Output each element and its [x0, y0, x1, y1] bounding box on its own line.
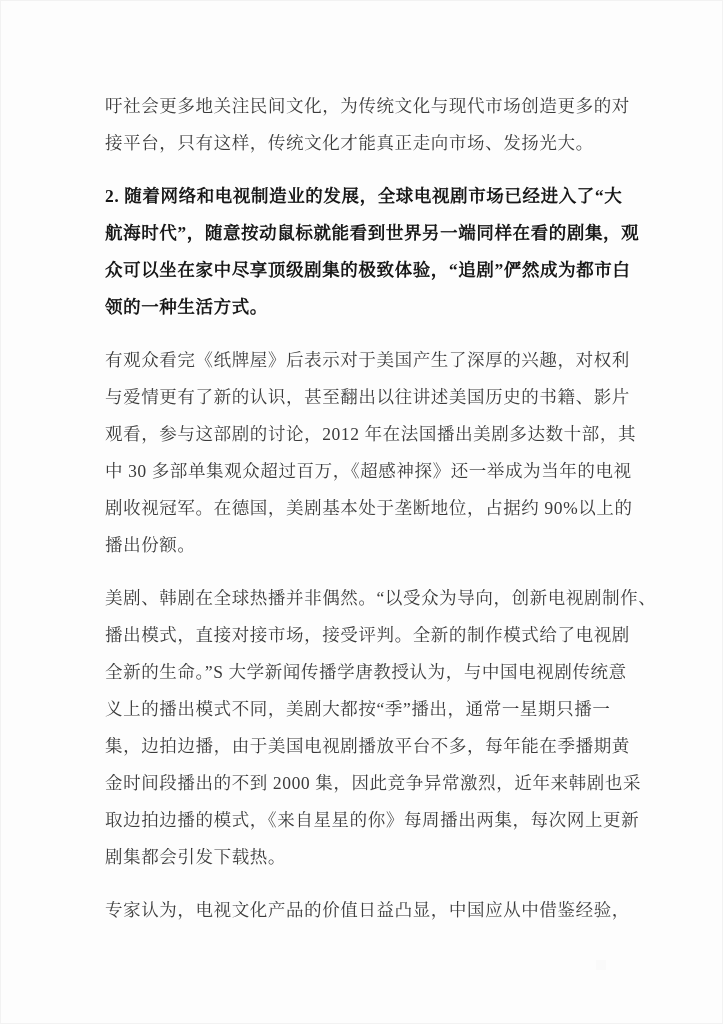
page: 吁社会更多地关注民间文化，为传统文化与现代市场创造更多的对接平台，只有这样，传统… — [0, 0, 723, 1024]
text-line: 全新的生命。”S 大学新闻传播学唐教授认为，与中国电视剧传统意 — [105, 654, 633, 691]
text-line: 取边拍边播的模式，《来自星星的你》每周播出两集，每次网上更新 — [105, 802, 633, 839]
text-line: 领的一种生活方式。 — [105, 289, 633, 326]
text-line: 义上的播出模式不同，美剧大都按“季”播出，通常一星期只播一 — [105, 691, 633, 728]
text-line: 观看，参与这部剧的讨论，2012 年在法国播出美剧多达数十部，其 — [105, 416, 633, 453]
text-line: 美剧、韩剧在全球热播并非偶然。“以受众为导向，创新电视剧制作、 — [105, 580, 633, 617]
text-line: 有观众看完《纸牌屋》后表示对于美国产生了深厚的兴趣，对权利 — [105, 342, 633, 379]
document-page: { "document": { "language": "zh-CN", "ba… — [0, 0, 723, 1024]
text-content: 吁社会更多地关注民间文化，为传统文化与现代市场创造更多的对接平台，只有这样，传统… — [105, 88, 633, 945]
text-line: 金时间段播出的不到 2000 集，因此竞争异常激烈，近年来韩剧也采 — [105, 765, 633, 802]
text-line: 中 30 多部单集观众超过百万，《超感神探》还一举成为当年的电视 — [105, 453, 633, 490]
text-line: 播出份额。 — [105, 527, 633, 564]
text-line: 剧集都会引发下载热。 — [105, 839, 633, 876]
text-line: 与爱情更有了新的认识，甚至翻出以往讲述美国历史的书籍、影片 — [105, 379, 633, 416]
text-line: 众可以坐在家中尽享顶级剧集的极致体验，“追剧”俨然成为都市白 — [105, 252, 633, 289]
text-line: 航海时代”，随意按动鼠标就能看到世界另一端同样在看的剧集，观 — [105, 215, 633, 252]
paragraph: 吁社会更多地关注民间文化，为传统文化与现代市场创造更多的对接平台，只有这样，传统… — [105, 88, 633, 162]
text-line: 集，边拍边播，由于美国电视剧播放平台不多，每年能在季播期黄 — [105, 728, 633, 765]
text-line: 吁社会更多地关注民间文化，为传统文化与现代市场创造更多的对 — [105, 88, 633, 125]
paragraph: 有观众看完《纸牌屋》后表示对于美国产生了深厚的兴趣，对权利与爱情更有了新的认识，… — [105, 342, 633, 564]
paragraph: 2. 随着网络和电视制造业的发展，全球电视剧市场已经进入了“大航海时代”，随意按… — [105, 178, 633, 326]
scan-artifact — [596, 960, 606, 970]
paragraph: 专家认为，电视文化产品的价值日益凸显，中国应从中借鉴经验， — [105, 892, 633, 929]
paragraph: 美剧、韩剧在全球热播并非偶然。“以受众为导向，创新电视剧制作、播出模式，直接对接… — [105, 580, 633, 876]
text-line: 接平台，只有这样，传统文化才能真正走向市场、发扬光大。 — [105, 125, 633, 162]
text-line: 2. 随着网络和电视制造业的发展，全球电视剧市场已经进入了“大 — [105, 178, 633, 215]
text-line: 播出模式，直接对接市场，接受评判。全新的制作模式给了电视剧 — [105, 617, 633, 654]
text-line: 剧收视冠军。在德国，美剧基本处于垄断地位，占据约 90%以上的 — [105, 490, 633, 527]
text-line: 专家认为，电视文化产品的价值日益凸显，中国应从中借鉴经验， — [105, 892, 633, 929]
